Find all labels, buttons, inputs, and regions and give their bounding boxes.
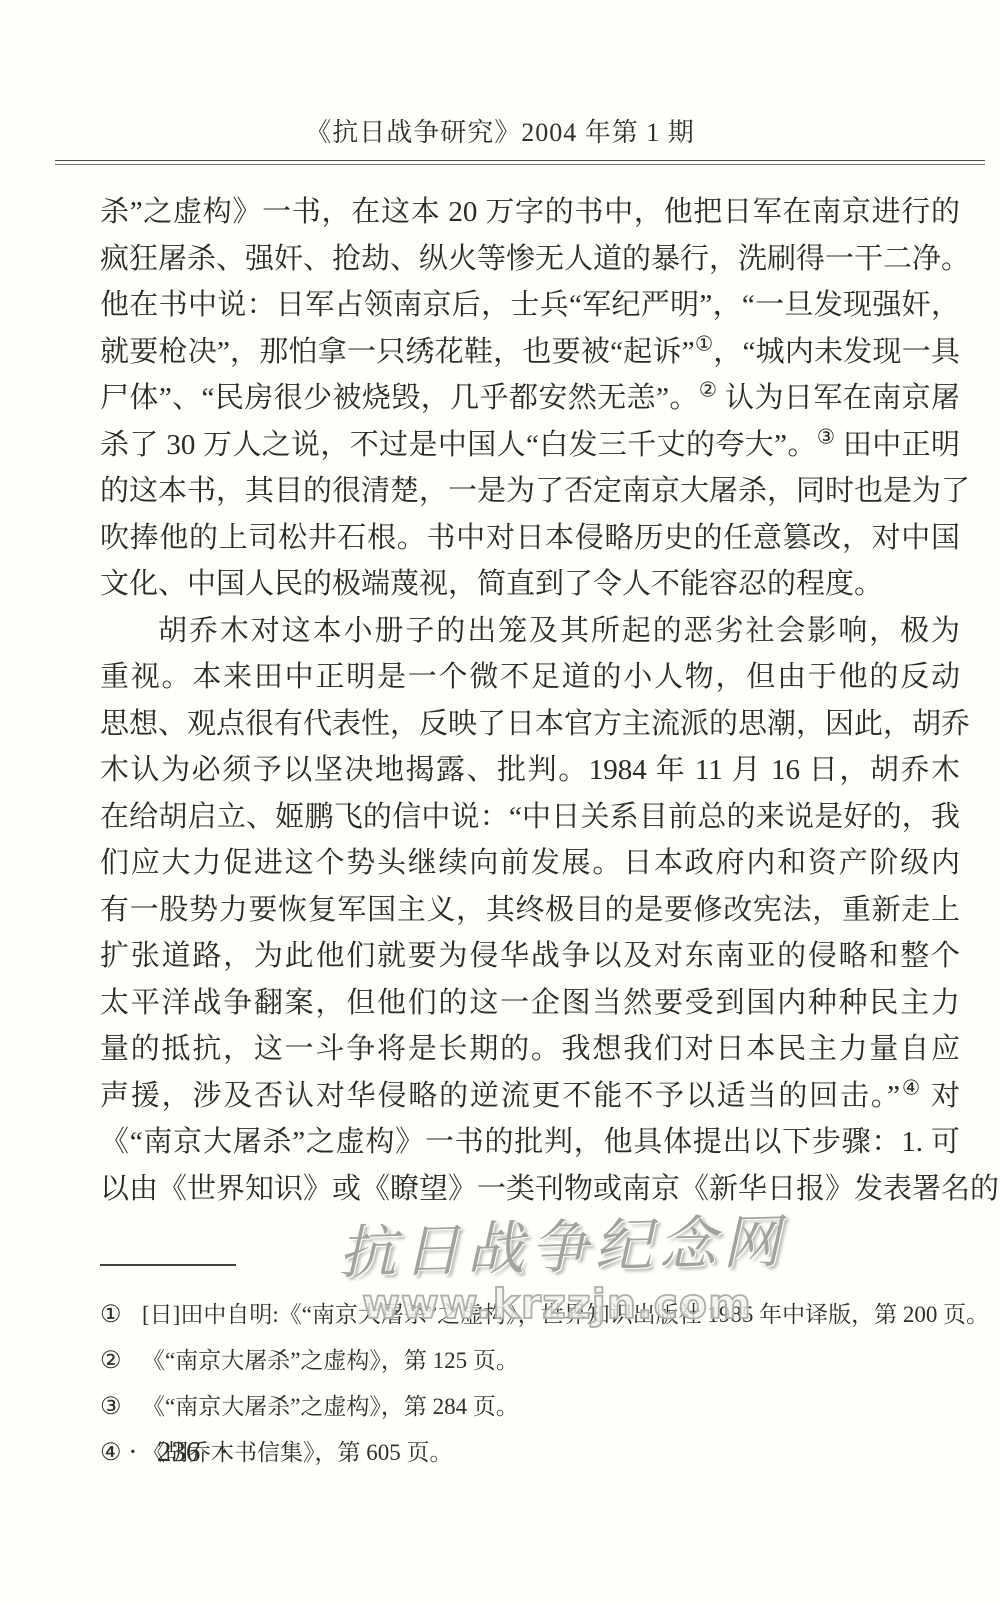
body-text-line: 他在书中说：日军占领南京后，士兵“军纪严明”，“一旦发现强奸， [100, 282, 960, 329]
footnote-item: ① [日]田中自明:《“南京大屠杀”之虚构》，世界知识出版社 1985 年中译版… [100, 1292, 980, 1338]
body-text-line: 思想、观点很有代表性，反映了日本官方主流派的思潮，因此，胡乔 [100, 701, 960, 748]
footnote-item: ③ 《“南京大屠杀”之虚构》，第 284 页。 [100, 1384, 980, 1430]
footnote-marker: ② [100, 1338, 142, 1384]
body-text-line: 胡乔木对这本小册子的出笼及其所起的恶劣社会影响，极为 [100, 608, 960, 655]
body-text-line: 重视。本来田中正明是一个微不足道的小人物，但由于他的反动 [100, 654, 960, 701]
header-rule [55, 160, 985, 165]
body-text-line: 声援，涉及否认对华侵略的逆流更不能不予以适当的回击。”④ 对 [100, 1073, 960, 1120]
footnote-marker: ① [100, 1292, 142, 1338]
body-text-line: 有一股势力要恢复军国主义，其终极目的是要修改宪法，重新走上 [100, 887, 960, 934]
journal-header: 《抗日战争研究》2004 年第 1 期 [0, 112, 1000, 149]
footnote-item: ④ 《胡乔木书信集》，第 605 页。 [100, 1430, 980, 1476]
body-text-line: 在给胡启立、姬鹏飞的信中说：“中日关系目前总的来说是好的，我 [100, 794, 960, 841]
body-text-line: 杀了 30 万人之说，不过是中国人“白发三千丈的夸大”。③ 田中正明 [100, 422, 960, 469]
body-text-line: 太平洋战争翻案，但他们的这一企图当然要受到国内种种民主力 [100, 980, 960, 1027]
body-text-line: 吹捧他的上司松井石根。书中对日本侵略历史的任意篡改，对中国 [100, 515, 960, 562]
footnote-list: ① [日]田中自明:《“南京大屠杀”之虚构》，世界知识出版社 1985 年中译版… [100, 1292, 980, 1476]
body-text-line: 量的抵抗，这一斗争将是长期的。我想我们对日本民主力量自应 [100, 1026, 960, 1073]
body-text-line: 就要枪决”，那怕拿一只绣花鞋，也要被“起诉”①，“城内未发现一具 [100, 329, 960, 376]
body-text-line: 们应大力促进这个势头继续向前发展。日本政府内和资产阶级内 [100, 840, 960, 887]
body-text: 杀”之虚构》一书，在这本 20 万字的书中，他把日军在南京进行的 疯狂屠杀、强奸… [100, 189, 960, 1212]
footnote-marker: ③ [100, 1384, 142, 1430]
body-text-line: 扩张道路，为此他们就要为侵华战争以及对东南亚的侵略和整个 [100, 933, 960, 980]
body-text-line: 以由《世界知识》或《瞭望》一类刊物或南京《新华日报》发表署名的 [100, 1166, 960, 1213]
footnote-separator-rule [100, 1264, 236, 1266]
scanned-journal-page: 《抗日战争研究》2004 年第 1 期 杀”之虚构》一书，在这本 20 万字的书… [0, 0, 1000, 1602]
body-text-line: 的这本书，其目的很清楚，一是为了否定南京大屠杀，同时也是为了 [100, 468, 960, 515]
body-text-line: 《“南京大屠杀”之虚构》一书的批判，他具体提出以下步骤：1. 可 [100, 1119, 960, 1166]
page-number: · 236 · [128, 1436, 229, 1469]
body-text-line: 杀”之虚构》一书，在这本 20 万字的书中，他把日军在南京进行的 [100, 189, 960, 236]
footnote-item: ② 《“南京大屠杀”之虚构》，第 125 页。 [100, 1338, 980, 1384]
body-text-line: 尸体”、“民房很少被烧毁，几乎都安然无恙”。② 认为日军在南京屠 [100, 375, 960, 422]
body-text-line: 文化、中国人民的极端蔑视，简直到了令人不能容忍的程度。 [100, 561, 960, 608]
footnote-text: [日]田中自明:《“南京大屠杀”之虚构》，世界知识出版社 1985 年中译版，第… [142, 1292, 989, 1338]
body-text-line: 疯狂屠杀、强奸、抢劫、纵火等惨无人道的暴行，洗刷得一干二净。 [100, 236, 960, 283]
footnote-text: 《“南京大屠杀”之虚构》，第 284 页。 [142, 1384, 519, 1430]
body-text-line: 木认为必须予以坚决地揭露、批判。1984 年 11 月 16 日，胡乔木 [100, 747, 960, 794]
footnote-text: 《“南京大屠杀”之虚构》，第 125 页。 [142, 1338, 519, 1384]
